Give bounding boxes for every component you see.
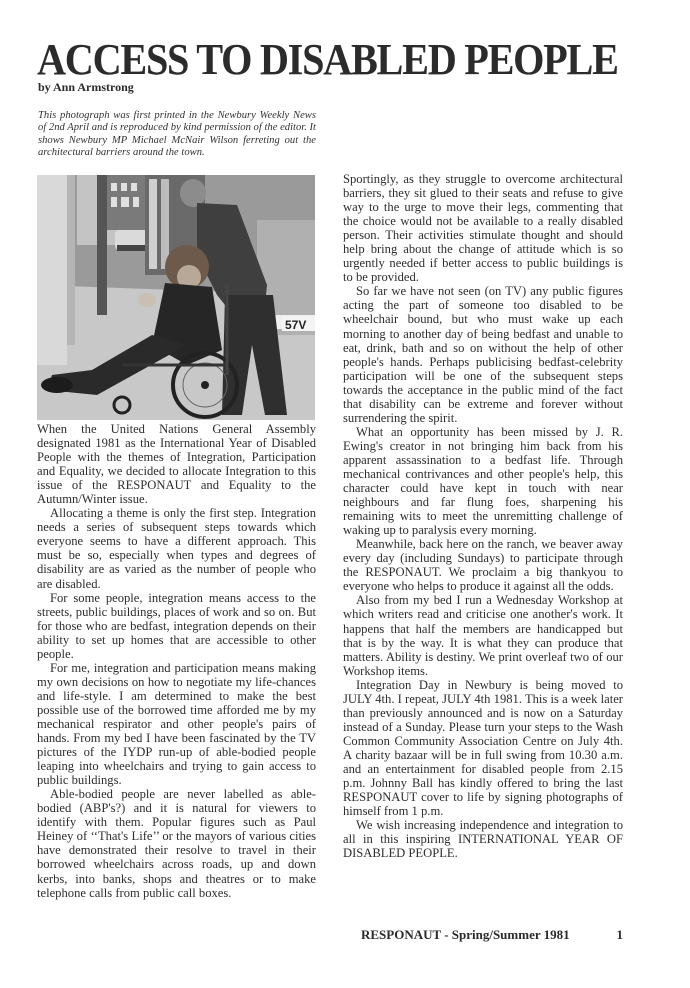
- paragraph: Integration Day in Newbury is being move…: [343, 678, 623, 818]
- paragraph: When the United Nations General Assembly…: [37, 422, 316, 506]
- article-photo: 57V: [37, 175, 315, 420]
- right-column: Sportingly, as they struggle to overcome…: [343, 172, 623, 860]
- publication-name: RESPONAUT - Spring/Summer 1981: [361, 927, 570, 943]
- paragraph: Sportingly, as they struggle to overcome…: [343, 172, 623, 284]
- paragraph: Allocating a theme is only the first ste…: [37, 506, 316, 590]
- photo-illustration: 57V: [37, 175, 315, 420]
- paragraph: Meanwhile, back here on the ranch, we be…: [343, 537, 623, 593]
- article-title: ACCESS TO DISABLED PEOPLE: [37, 38, 618, 82]
- paragraph: Able-bodied people are never labelled as…: [37, 787, 316, 899]
- paragraph: We wish increasing independence and inte…: [343, 818, 623, 860]
- paragraph: Also from my bed I run a Wednesday Works…: [343, 593, 623, 677]
- paragraph: So far we have not seen (on TV) any publ…: [343, 284, 623, 424]
- paragraph: For some people, integration means acces…: [37, 591, 316, 661]
- svg-text:57V: 57V: [285, 318, 306, 332]
- byline: by Ann Armstrong: [38, 80, 134, 95]
- page-footer: RESPONAUT - Spring/Summer 1981 1: [361, 927, 623, 943]
- paragraph: For me, integration and participation me…: [37, 661, 316, 787]
- left-column: When the United Nations General Assembly…: [37, 422, 316, 900]
- paragraph: What an opportunity has been missed by J…: [343, 425, 623, 537]
- page-number: 1: [617, 927, 624, 943]
- photo-caption: This photograph was first printed in the…: [38, 110, 316, 159]
